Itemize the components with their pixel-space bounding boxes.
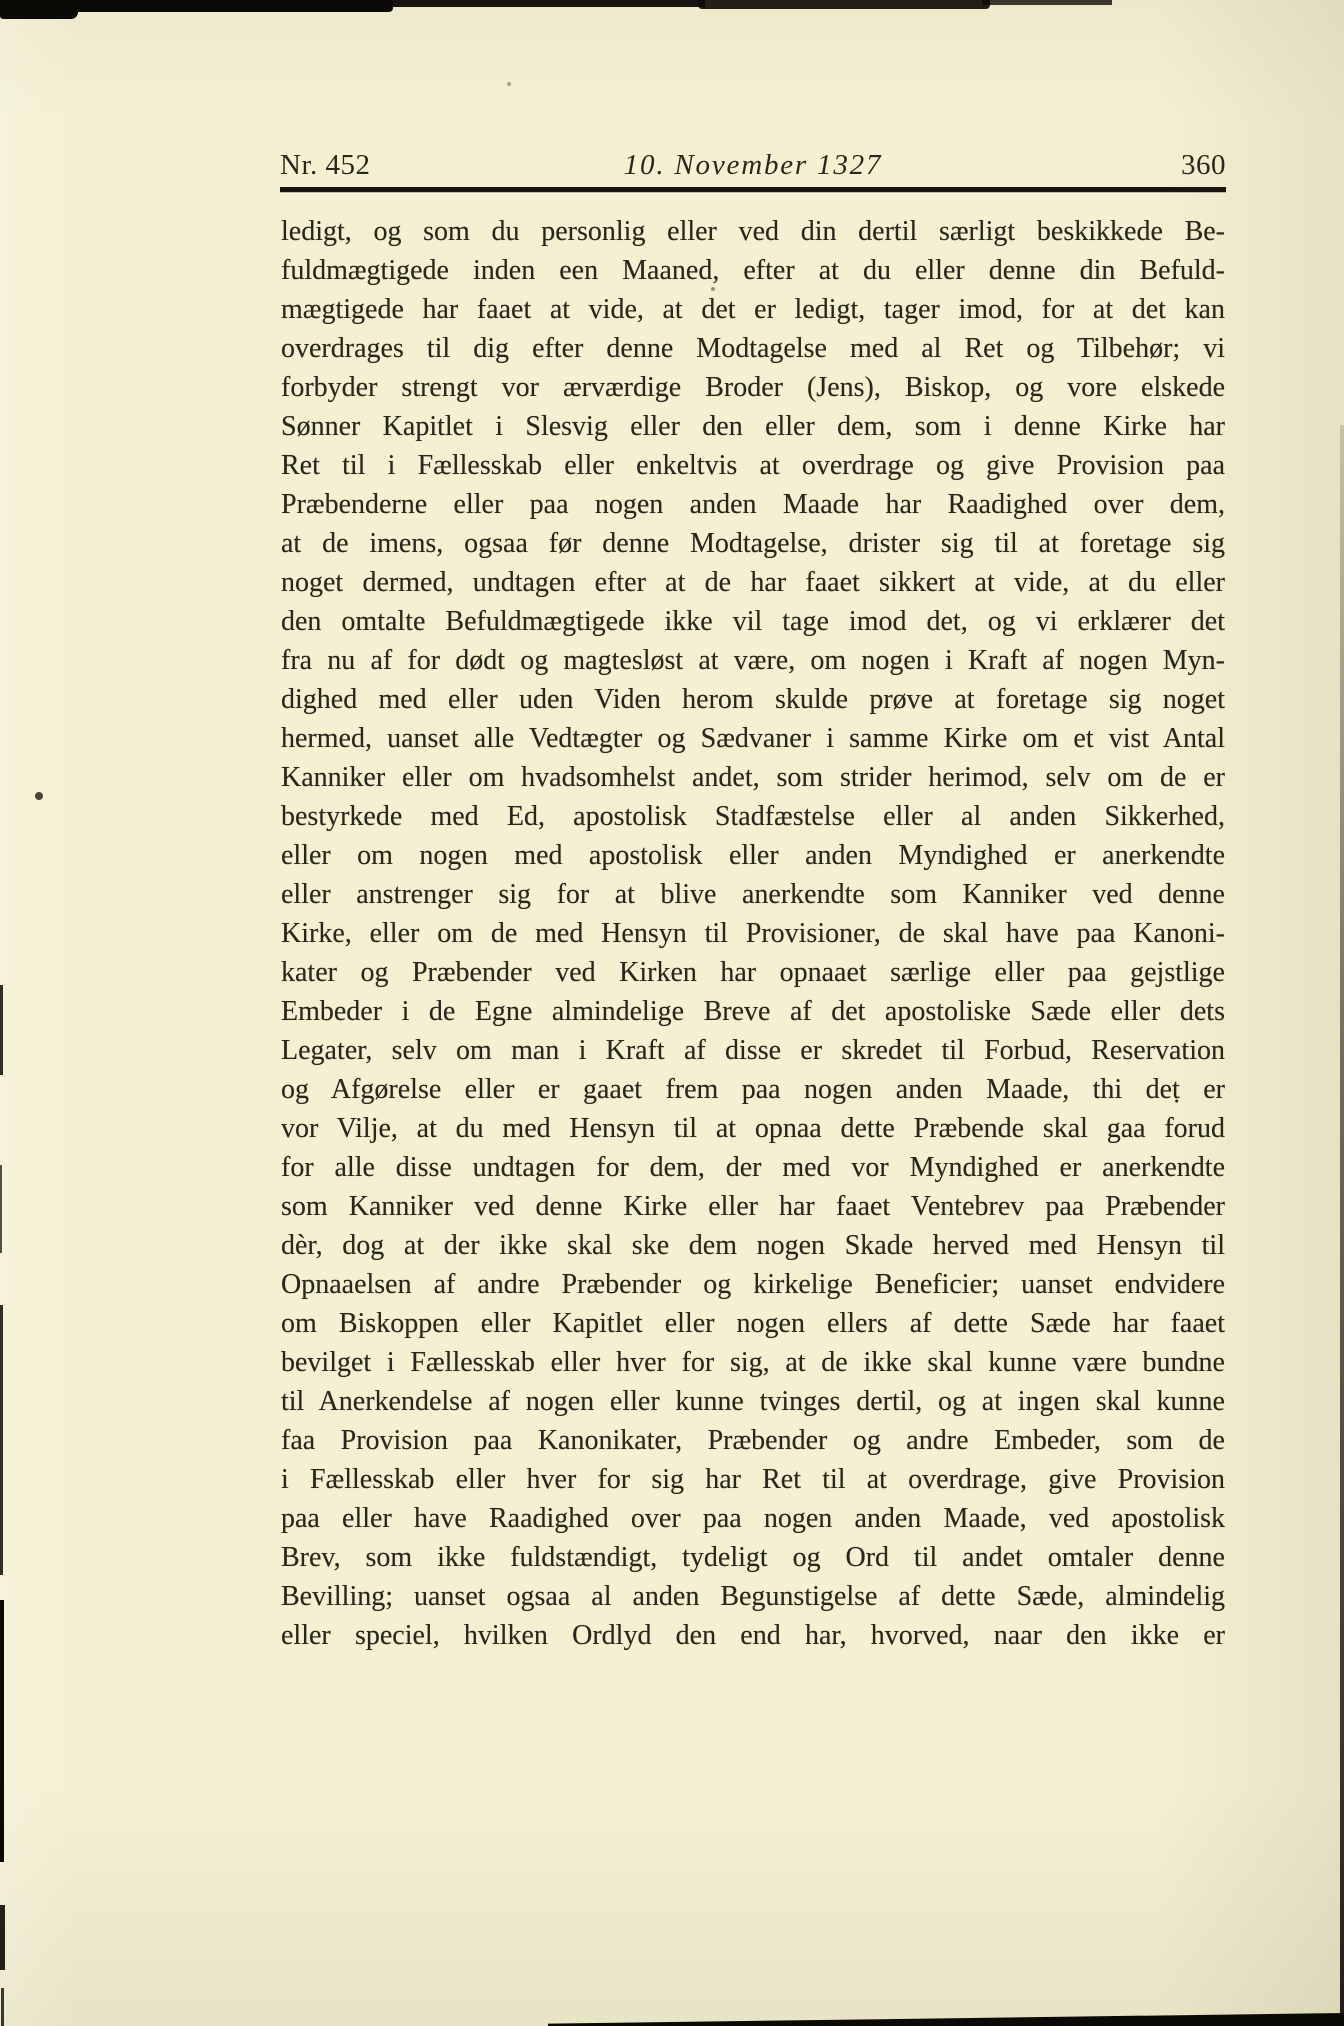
page-number: 360 (1181, 150, 1226, 180)
text-line: om Biskoppen eller Kapitlet eller nogen … (281, 1304, 1225, 1343)
text-line: Sønner Kapitlet i Slesvig eller den elle… (281, 407, 1225, 446)
text-line: noget dermed, undtagen efter at de har f… (281, 563, 1225, 602)
text-line: overdrages til dig efter denne Modtagels… (281, 329, 1225, 368)
text-line: Kirke, eller om de med Hensyn til Provis… (281, 914, 1225, 953)
text-line: for alle disse undtagen for dem, der med… (281, 1148, 1225, 1187)
text-line: Opnaaelsen af andre Præbender og kirkeli… (281, 1265, 1225, 1304)
text-line: som Kanniker ved denne Kirke eller har f… (281, 1187, 1225, 1226)
scan-edge-left (0, 985, 3, 1075)
text-line: forbyder strengt vor ærværdige Broder (J… (281, 368, 1225, 407)
scan-edge-left (0, 1600, 4, 1862)
ink-speck (507, 82, 511, 86)
text-line: paa eller have Raadighed over paa nogen … (281, 1499, 1225, 1538)
text-line: vor Vilje, at du med Hensyn til at opnaa… (281, 1109, 1225, 1148)
text-line: dighed med eller uden Viden herom skulde… (281, 680, 1225, 719)
running-head: Nr. 452 10. November 1327 360 (280, 146, 1226, 180)
document-body: ledigt, og som du personlig eller ved di… (281, 212, 1225, 1655)
text-line: bevilget i Fællesskab eller hver for sig… (281, 1343, 1225, 1382)
text-line: den omtalte Befuldmægtigede ikke vil tag… (281, 602, 1225, 641)
text-line: Præbenderne eller paa nogen anden Maade … (281, 485, 1225, 524)
text-line: eller anstrenger sig for at blive anerke… (281, 875, 1225, 914)
ink-speck (35, 792, 43, 800)
text-line: ledigt, og som du personlig eller ved di… (281, 212, 1225, 251)
text-line: at de imens, ogsaa før denne Modtagelse,… (281, 524, 1225, 563)
scan-edge-top (698, 0, 990, 9)
text-line: Kanniker eller om hvadsomhelst andet, so… (281, 758, 1225, 797)
text-line: og Afgørelse eller er gaaet frem paa nog… (281, 1070, 1225, 1109)
text-line: Bevilling; uanset ogsaa al anden Begunst… (281, 1577, 1225, 1616)
scan-edge-left (1, 1988, 4, 2026)
scan-edge-left (0, 1905, 5, 1970)
text-line: faa Provision paa Kanonikater, Præbender… (281, 1421, 1225, 1460)
text-line: til Anerkendelse af nogen eller kunne tv… (281, 1382, 1225, 1421)
text-line: eller om nogen med apostolisk eller ande… (281, 836, 1225, 875)
scan-edge-top (58, 0, 393, 12)
scanned-book-page: Nr. 452 10. November 1327 360 ledigt, og… (0, 0, 1344, 2026)
text-line: Ret til i Fællesskab eller enkeltvis at … (281, 446, 1225, 485)
scan-edge-right (1340, 425, 1344, 2026)
text-line: Brev, som ikke fuldstændigt, tydeligt og… (281, 1538, 1225, 1577)
text-line: fuldmægtigede inden een Maaned, efter at… (281, 251, 1225, 290)
scan-edge-left (0, 1165, 2, 1253)
text-line: Legater, selv om man i Kraft af disse er… (281, 1031, 1225, 1070)
header-date: 10. November 1327 (280, 150, 1226, 180)
text-line: bestyrkede med Ed, apostolisk Stadfæstel… (281, 797, 1225, 836)
scan-edge-top (385, 0, 705, 7)
text-line: fra nu af for dødt og magtesløst at være… (281, 641, 1225, 680)
text-line: hermed, uanset alle Vedtægter og Sædvane… (281, 719, 1225, 758)
text-line: i Fællesskab eller hver for sig har Ret … (281, 1460, 1225, 1499)
text-line: eller speciel, hvilken Ordlyd den end ha… (281, 1616, 1225, 1655)
text-line: dèr, dog at der ikke skal ske dem nogen … (281, 1226, 1225, 1265)
text-line: mægtigede har faaet at vide, at det er l… (281, 290, 1225, 329)
scan-edge-left (0, 1305, 3, 1575)
text-line: kater og Præbender ved Kirken har opnaae… (281, 953, 1225, 992)
text-line: Embeder i de Egne almindelige Breve af d… (281, 992, 1225, 1031)
header-rule (280, 187, 1226, 192)
scan-edge-top (982, 0, 1112, 5)
scan-edge-bottom (548, 2013, 1344, 2026)
